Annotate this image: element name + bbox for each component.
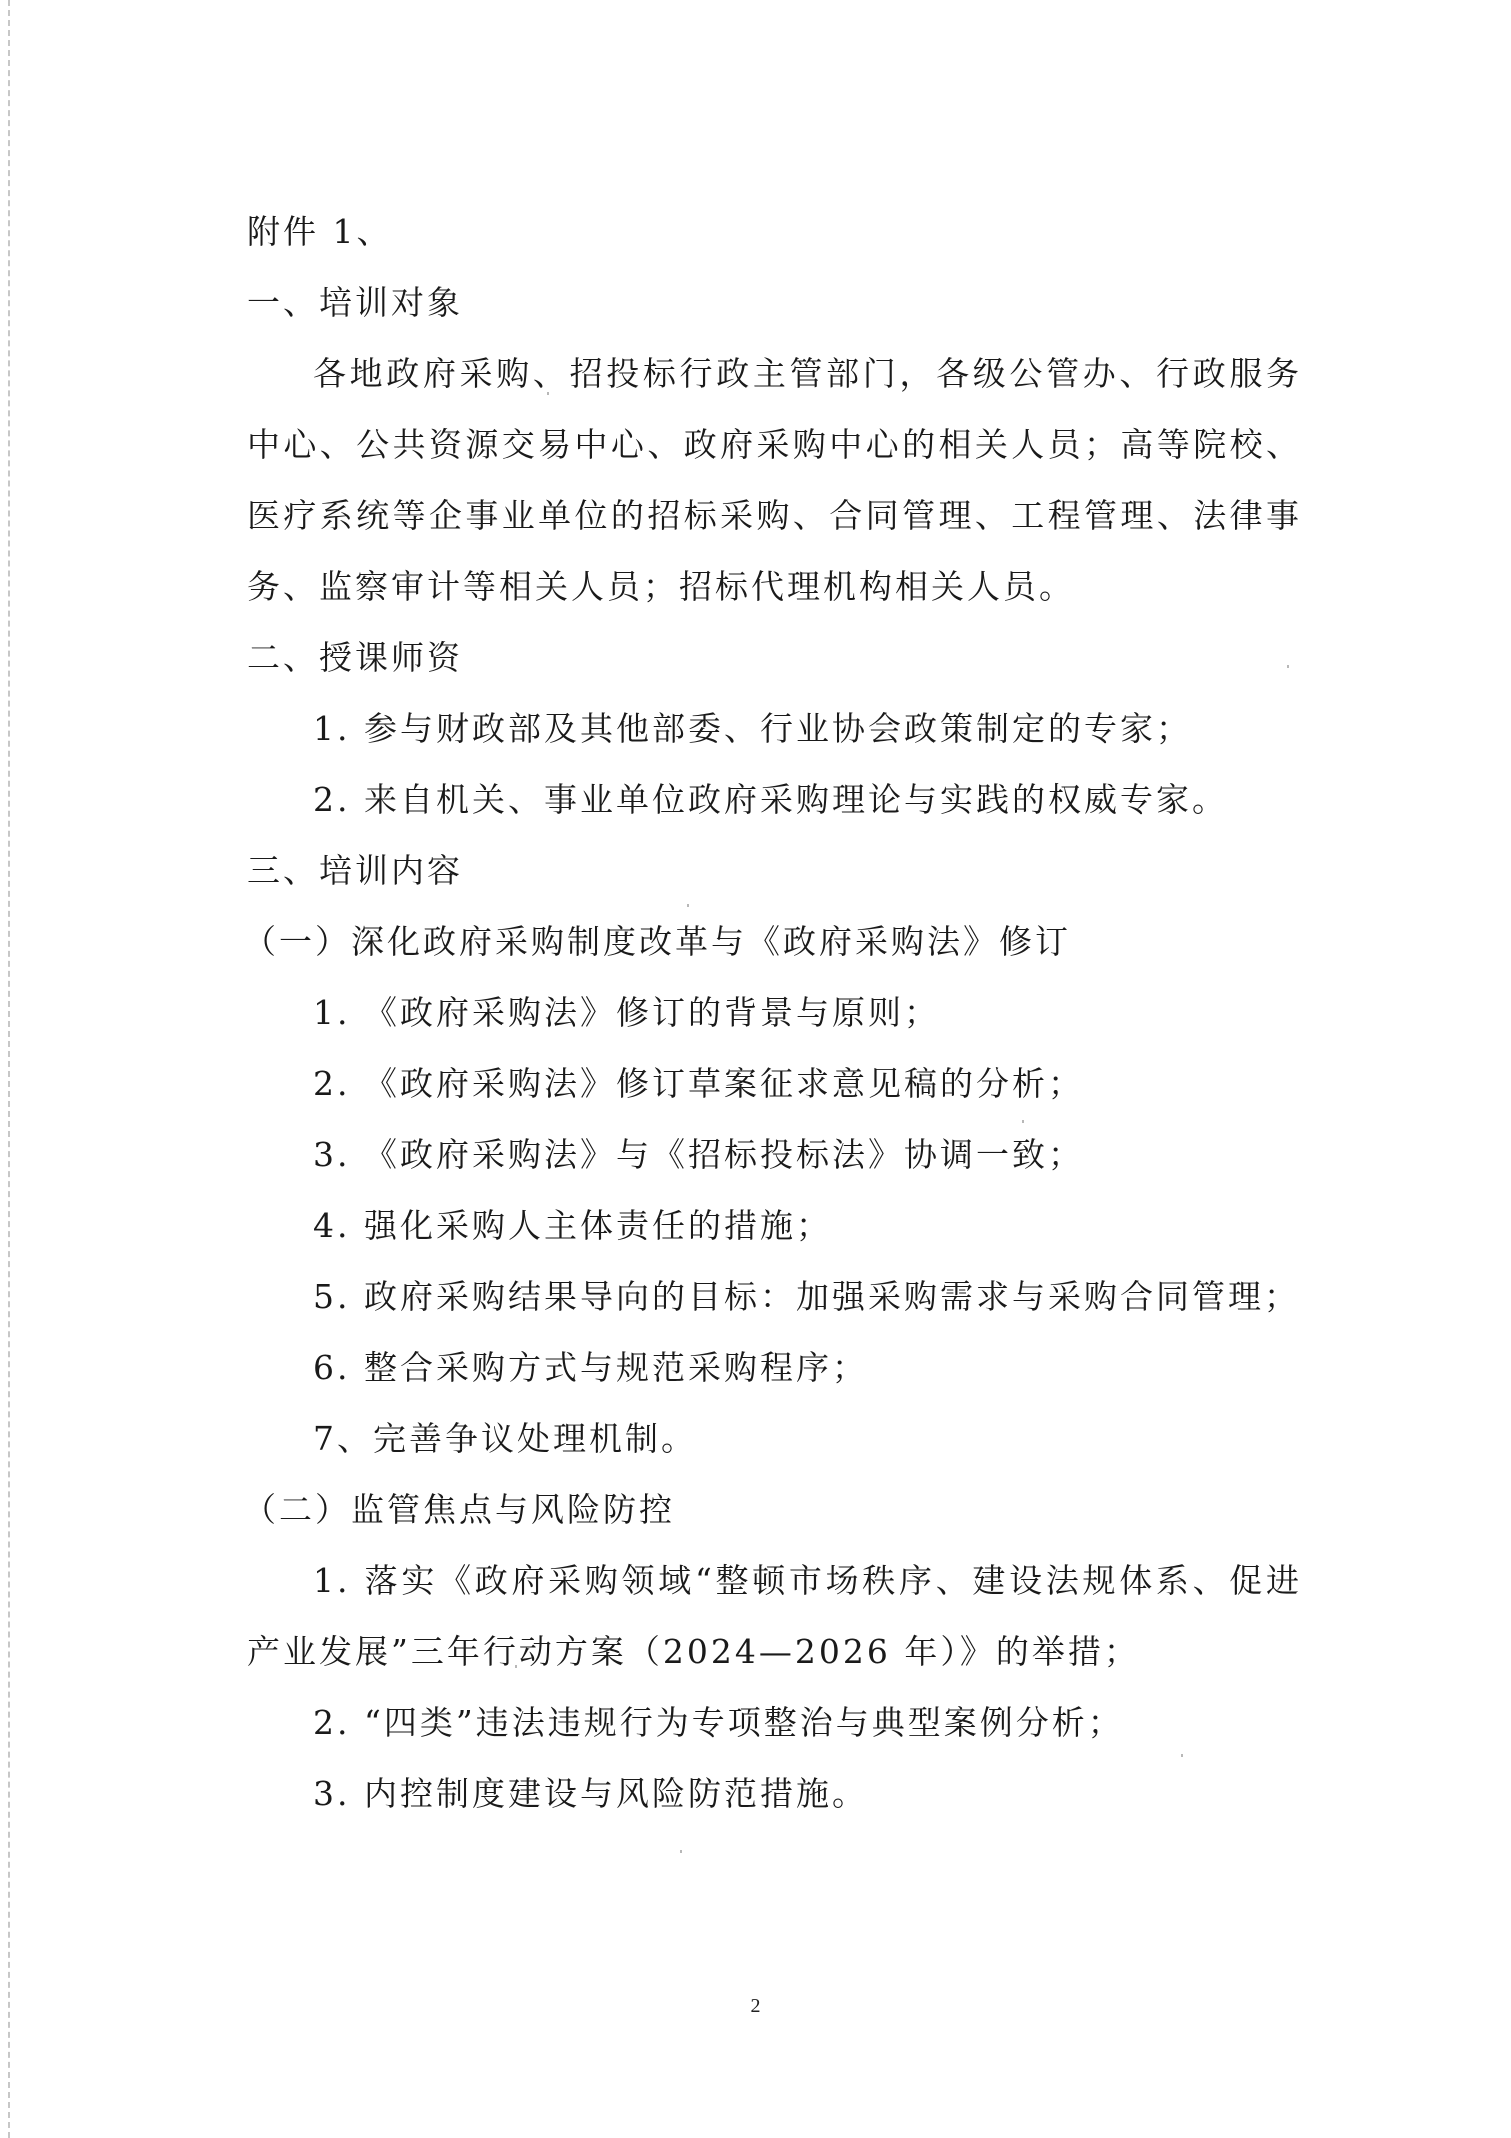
attachment-label: 附件 1、 <box>247 196 1307 267</box>
instructor-item: 1. 参与财政部及其他部委、行业协会政策制定的专家； <box>247 693 1307 764</box>
subsection-heading-supervision: （二）监管焦点与风险防控 <box>243 1474 1307 1545</box>
section-heading-trainees: 一、培训对象 <box>247 267 1307 338</box>
content-item: 5. 政府采购结果导向的目标：加强采购需求与采购合同管理； <box>247 1261 1307 1332</box>
scan-speck <box>1022 1120 1024 1123</box>
scan-speck <box>687 904 689 907</box>
content-item: 3. 内控制度建设与风险防范措施。 <box>247 1758 1307 1829</box>
content-item: 2. “四类”违法违规行为专项整治与典型案例分析； <box>247 1687 1307 1758</box>
content-item: 6. 整合采购方式与规范采购程序； <box>247 1332 1307 1403</box>
content-item: 1. 落实《政府采购领域“整顿市场秩序、建设法规体系、促进产业发展”三年行动方案… <box>247 1545 1302 1687</box>
scan-speck <box>1181 1754 1183 1757</box>
content-item: 2. 《政府采购法》修订草案征求意见稿的分析； <box>247 1048 1307 1119</box>
instructor-item: 2. 来自机关、事业单位政府采购理论与实践的权威专家。 <box>247 764 1307 835</box>
subsection-heading-reform: （一）深化政府采购制度改革与《政府采购法》修订 <box>243 906 1307 977</box>
scan-speck <box>515 1665 517 1668</box>
content-item: 4. 强化采购人主体责任的措施； <box>247 1190 1307 1261</box>
trainees-paragraph: 各地政府采购、招投标行政主管部门，各级公管办、行政服务中心、公共资源交易中心、政… <box>247 338 1302 622</box>
scan-speck <box>680 1850 682 1853</box>
section-heading-content: 三、培训内容 <box>247 835 1307 906</box>
content-item: 7、完善争议处理机制。 <box>247 1403 1307 1474</box>
content-item: 3. 《政府采购法》与《招标投标法》协调一致； <box>247 1119 1307 1190</box>
scan-edge-line <box>8 0 10 2138</box>
content-item: 1. 《政府采购法》修订的背景与原则； <box>247 977 1307 1048</box>
scan-speck <box>1287 665 1289 668</box>
section-heading-instructors: 二、授课师资 <box>247 622 1307 693</box>
page-number: 2 <box>0 1995 1511 2018</box>
scan-speck <box>547 392 549 395</box>
document-page: 附件 1、 一、培训对象 各地政府采购、招投标行政主管部门，各级公管办、行政服务… <box>247 196 1307 1829</box>
